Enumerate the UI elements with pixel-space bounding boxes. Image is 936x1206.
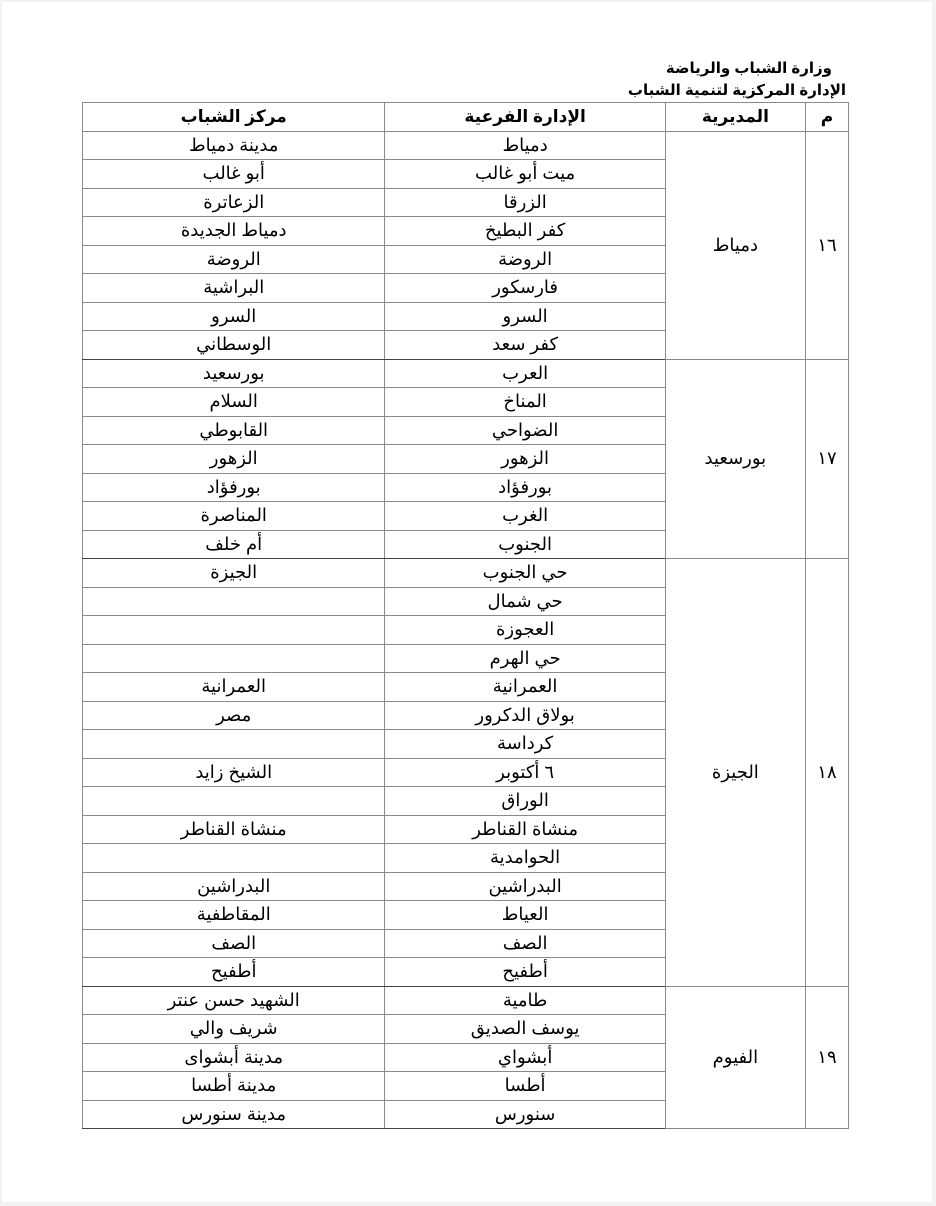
sub-administration-cell: الزهور — [385, 445, 665, 474]
youth-center-cell: البراشية — [83, 274, 385, 303]
youth-center-cell: بورفؤاد — [83, 473, 385, 502]
table-row: ١٦دمياطدمياطمدينة دمياط — [83, 131, 849, 160]
directorate-cell: دمياط — [665, 131, 805, 359]
youth-center-cell: مدينة سنورس — [83, 1100, 385, 1129]
column-header-number: م — [805, 103, 848, 132]
youth-center-cell: السلام — [83, 388, 385, 417]
sub-administration-cell: المناخ — [385, 388, 665, 417]
sub-administration-cell: البدراشين — [385, 872, 665, 901]
youth-center-cell: مصر — [83, 701, 385, 730]
youth-center-cell: الشهيد حسن عنتر — [83, 986, 385, 1015]
youth-center-cell: الزعاترة — [83, 188, 385, 217]
youth-center-cell: القابوطي — [83, 416, 385, 445]
table-header-row: م المديرية الإدارة الفرعية مركز الشباب — [83, 103, 849, 132]
ministry-title: وزارة الشباب والرياضة — [628, 58, 846, 80]
table-row: ١٨الجيزةحي الجنوبالجيزة — [83, 559, 849, 588]
document-page: وزارة الشباب والرياضة الإدارة المركزية ل… — [2, 2, 932, 1202]
sub-administration-cell: بولاق الدكرور — [385, 701, 665, 730]
sub-administration-cell: الوراق — [385, 787, 665, 816]
sub-administration-cell: كفر البطيخ — [385, 217, 665, 246]
sub-administration-cell: حي الجنوب — [385, 559, 665, 588]
sub-administration-cell: العياط — [385, 901, 665, 930]
sub-administration-cell: العجوزة — [385, 616, 665, 645]
row-number-cell: ١٦ — [805, 131, 848, 359]
sub-administration-cell: الجنوب — [385, 530, 665, 559]
youth-center-cell: السرو — [83, 302, 385, 331]
sub-administration-cell: ميت أبو غالب — [385, 160, 665, 189]
sub-administration-cell: العمرانية — [385, 673, 665, 702]
youth-center-cell: منشاة القناطر — [83, 815, 385, 844]
row-number-cell: ١٧ — [805, 359, 848, 559]
table-row: ١٩الفيومطاميةالشهيد حسن عنتر — [83, 986, 849, 1015]
youth-center-cell: الزهور — [83, 445, 385, 474]
sub-administration-cell: السرو — [385, 302, 665, 331]
youth-center-cell: أطفيح — [83, 958, 385, 987]
youth-center-cell — [83, 844, 385, 873]
sub-administration-cell: سنورس — [385, 1100, 665, 1129]
youth-center-cell: الروضة — [83, 245, 385, 274]
department-title: الإدارة المركزية لتنمية الشباب — [628, 80, 846, 102]
youth-center-cell: الشيخ زايد — [83, 758, 385, 787]
sub-administration-cell: حي شمال — [385, 587, 665, 616]
youth-center-cell: أم خلف — [83, 530, 385, 559]
youth-center-cell: مدينة أبشواى — [83, 1043, 385, 1072]
sub-administration-cell: الروضة — [385, 245, 665, 274]
sub-administration-cell: العرب — [385, 359, 665, 388]
sub-administration-cell: ٦ أكتوبر — [385, 758, 665, 787]
youth-center-cell — [83, 787, 385, 816]
document-header: وزارة الشباب والرياضة الإدارة المركزية ل… — [628, 58, 846, 102]
sub-administration-cell: طامية — [385, 986, 665, 1015]
column-header-youth-center: مركز الشباب — [83, 103, 385, 132]
table-row: ١٧بورسعيدالعرببورسعيد — [83, 359, 849, 388]
youth-center-cell: المناصرة — [83, 502, 385, 531]
youth-center-cell — [83, 730, 385, 759]
sub-administration-cell: الحوامدية — [385, 844, 665, 873]
table-body: ١٦دمياطدمياطمدينة دمياطميت أبو غالبأبو غ… — [83, 131, 849, 1129]
sub-administration-cell: دمياط — [385, 131, 665, 160]
youth-center-cell: الجيزة — [83, 559, 385, 588]
row-number-cell: ١٨ — [805, 559, 848, 987]
youth-center-cell: مدينة أطسا — [83, 1072, 385, 1101]
youth-center-cell — [83, 644, 385, 673]
directorate-cell: الجيزة — [665, 559, 805, 987]
sub-administration-cell: أبشواي — [385, 1043, 665, 1072]
sub-administration-cell: يوسف الصديق — [385, 1015, 665, 1044]
youth-center-cell: شريف والي — [83, 1015, 385, 1044]
youth-centers-table: م المديرية الإدارة الفرعية مركز الشباب ١… — [82, 102, 849, 1129]
column-header-directorate: المديرية — [665, 103, 805, 132]
youth-center-cell: بورسعيد — [83, 359, 385, 388]
sub-administration-cell: الزرقا — [385, 188, 665, 217]
directorate-cell: الفيوم — [665, 986, 805, 1129]
youth-center-cell: الصف — [83, 929, 385, 958]
youth-center-cell: أبو غالب — [83, 160, 385, 189]
youth-center-cell: العمرانية — [83, 673, 385, 702]
sub-administration-cell: كرداسة — [385, 730, 665, 759]
sub-administration-cell: الغرب — [385, 502, 665, 531]
sub-administration-cell: فارسكور — [385, 274, 665, 303]
sub-administration-cell: أطسا — [385, 1072, 665, 1101]
sub-administration-cell: أطفيح — [385, 958, 665, 987]
sub-administration-cell: منشاة القناطر — [385, 815, 665, 844]
row-number-cell: ١٩ — [805, 986, 848, 1129]
sub-administration-cell: كفر سعد — [385, 331, 665, 360]
column-header-sub-administration: الإدارة الفرعية — [385, 103, 665, 132]
youth-center-cell — [83, 587, 385, 616]
youth-center-cell: البدراشين — [83, 872, 385, 901]
youth-center-cell: مدينة دمياط — [83, 131, 385, 160]
youth-center-cell: المقاطفية — [83, 901, 385, 930]
youth-center-cell: الوسطاني — [83, 331, 385, 360]
sub-administration-cell: بورفؤاد — [385, 473, 665, 502]
sub-administration-cell: حي الهرم — [385, 644, 665, 673]
sub-administration-cell: الضواحي — [385, 416, 665, 445]
youth-center-cell — [83, 616, 385, 645]
directorate-cell: بورسعيد — [665, 359, 805, 559]
sub-administration-cell: الصف — [385, 929, 665, 958]
youth-center-cell: دمياط الجديدة — [83, 217, 385, 246]
